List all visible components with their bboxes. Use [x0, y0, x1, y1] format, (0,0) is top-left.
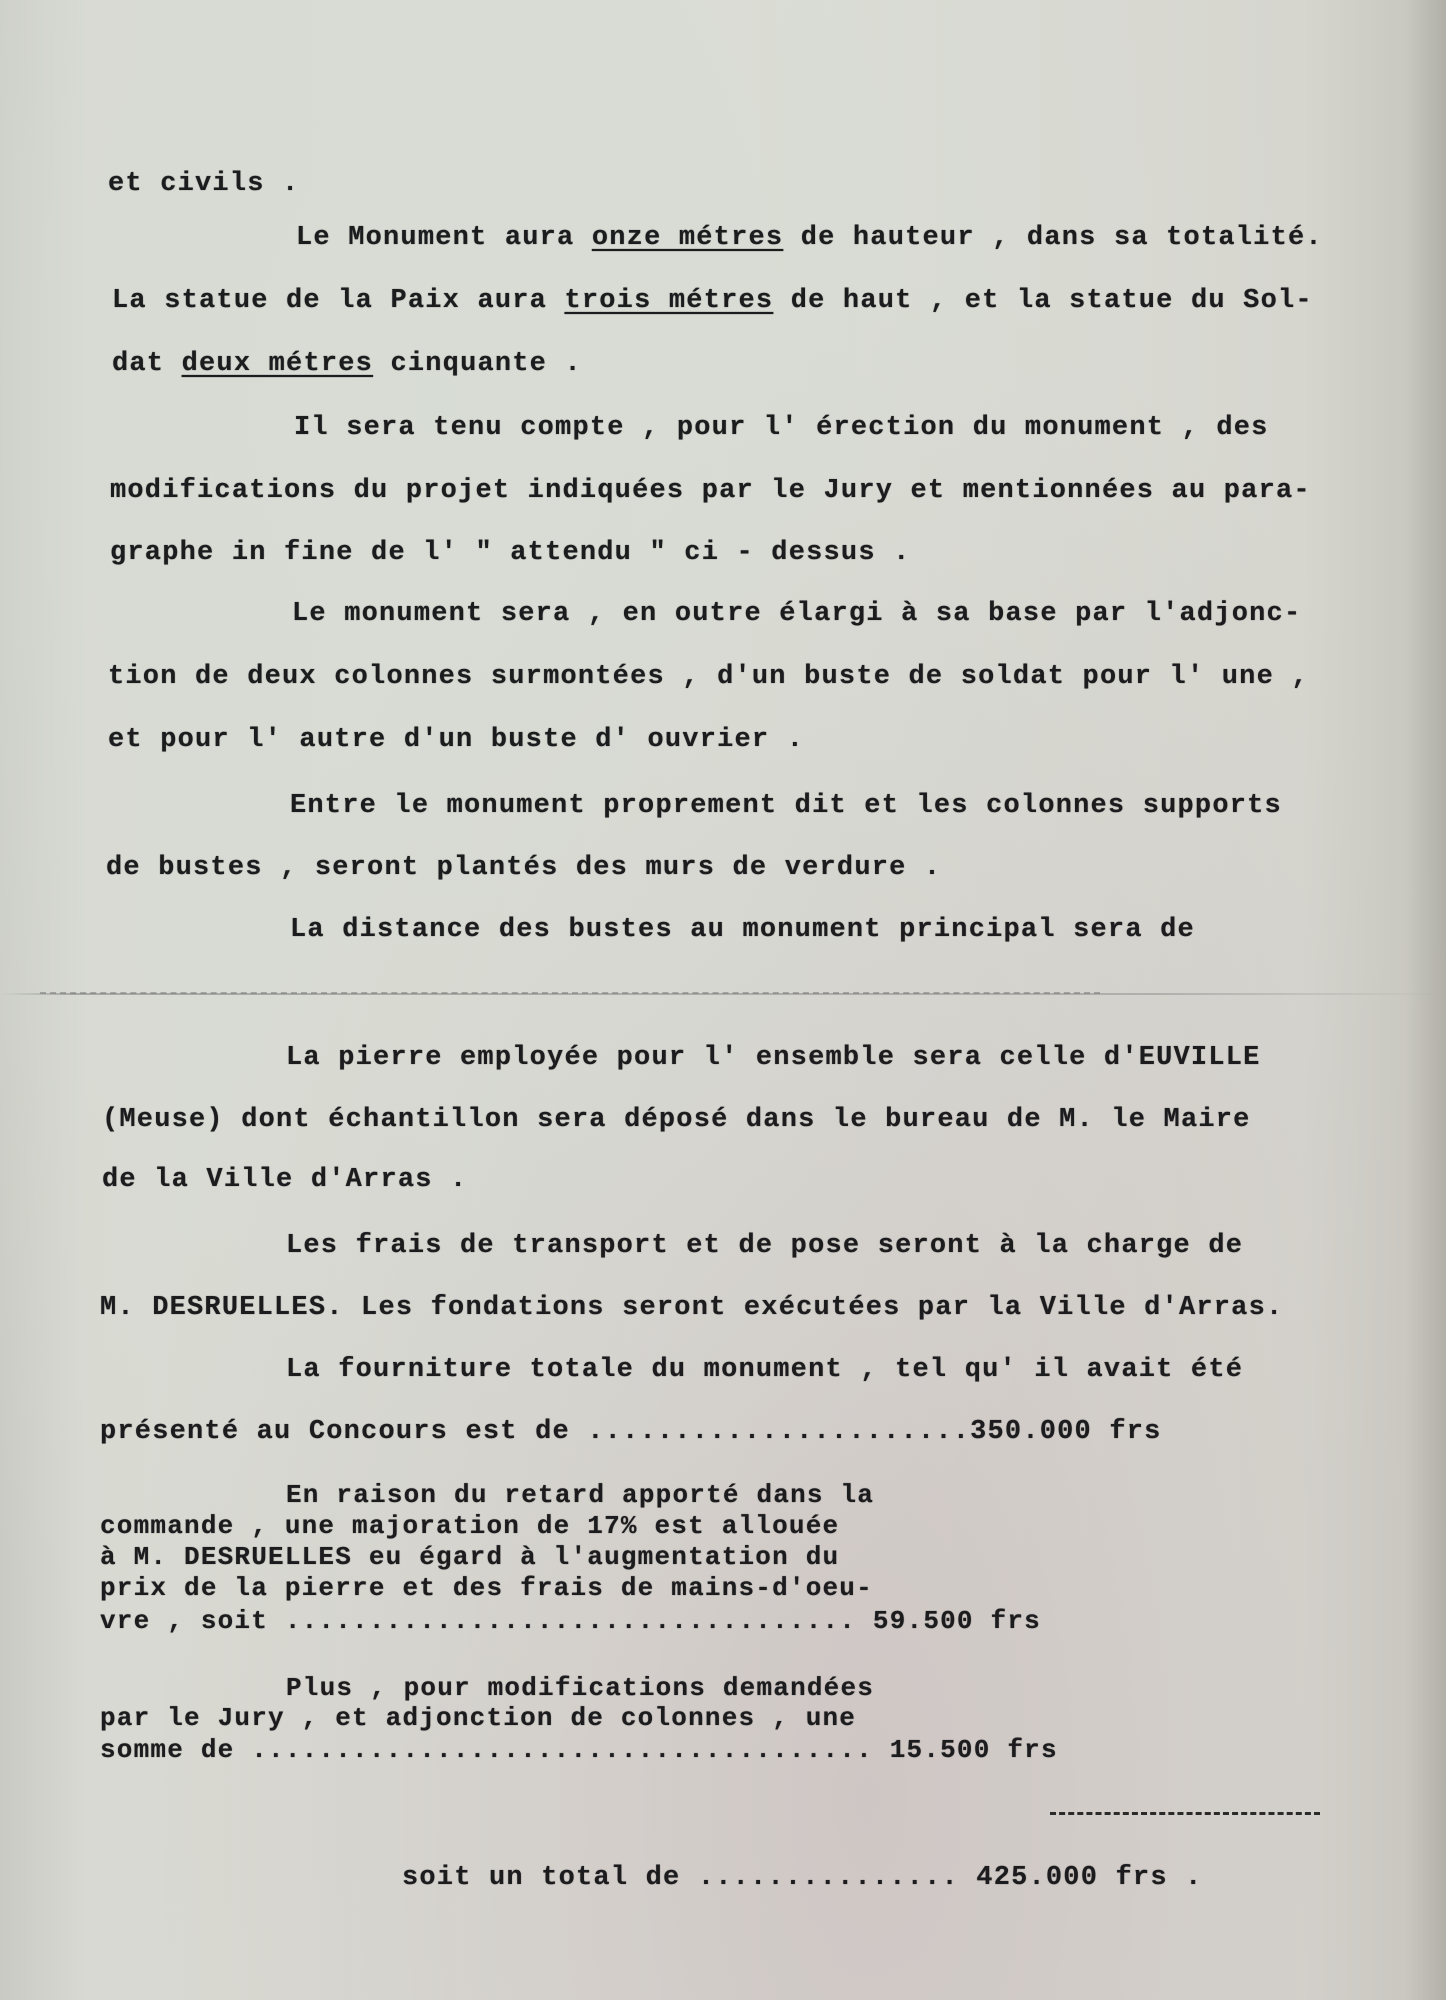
text-line: et pour l' autre d'un buste d' ouvrier .	[108, 724, 804, 756]
text-line: commande , une majoration de 17% est all…	[100, 1511, 839, 1541]
typewritten-page: et civils . Le Monument aura onze métres…	[0, 0, 1446, 2000]
total-amount-line: soit un total de ............... 425.000…	[402, 1862, 1203, 1894]
sum-rule-dashes	[1050, 1812, 1320, 1815]
text-segment: cinquante .	[373, 349, 582, 379]
page-edge-shadow	[1406, 0, 1446, 2000]
text-line: (Meuse) dont échantillon sera déposé dan…	[102, 1104, 1251, 1136]
text-line: La pierre employée pour l' ensemble sera…	[286, 1042, 1261, 1074]
fold-residue	[40, 978, 1100, 994]
text-segment: Le Monument aura	[296, 223, 592, 253]
text-segment: de hauteur , dans sa totalité.	[783, 223, 1322, 253]
amount-line-base: présenté au Concours est de ............…	[100, 1416, 1162, 1448]
text-line: Le Monument aura onze métres de hauteur …	[296, 222, 1323, 254]
text-line: Le monument sera , en outre élargi à sa …	[292, 598, 1301, 630]
text-line: de bustes , seront plantés des murs de v…	[106, 852, 941, 884]
text-line: Plus , pour modifications demandées	[286, 1673, 874, 1703]
text-line: Entre le monument proprement dit et les …	[290, 790, 1282, 822]
text-line: La fourniture totale du monument , tel q…	[286, 1354, 1243, 1386]
underlined-text: trois métres	[564, 286, 773, 316]
underlined-text: onze métres	[592, 223, 783, 253]
text-line: tion de deux colonnes surmontées , d'un …	[108, 661, 1309, 693]
text-line: La statue de la Paix aura trois métres d…	[112, 285, 1313, 317]
text-line: dat deux métres cinquante .	[112, 348, 582, 380]
text-line: et civils .	[108, 168, 299, 200]
text-line: par le Jury , et adjonction de colonnes …	[100, 1703, 856, 1733]
underlined-text: deux métres	[182, 349, 373, 379]
text-line: En raison du retard apporté dans la	[286, 1480, 874, 1510]
text-line: de la Ville d'Arras .	[102, 1164, 467, 1196]
text-segment: de haut , et la statue du Sol-	[773, 286, 1312, 316]
text-line: prix de la pierre et des frais de mains-…	[100, 1573, 873, 1603]
text-line: modifications du projet indiquées par le…	[110, 475, 1311, 507]
text-segment: La statue de la Paix aura	[112, 286, 564, 316]
text-line: M. DESRUELLES. Les fondations seront exé…	[100, 1292, 1283, 1324]
text-segment: dat	[112, 349, 182, 379]
text-line: à M. DESRUELLES eu égard à l'augmentatio…	[100, 1542, 839, 1572]
text-line: Les frais de transport et de pose seront…	[286, 1230, 1243, 1262]
paper-fold-line	[0, 993, 1446, 995]
text-line: Il sera tenu compte , pour l' érection d…	[294, 412, 1269, 444]
amount-line-modifications: somme de ...............................…	[100, 1735, 1058, 1765]
amount-line-surcharge: vre , soit .............................…	[100, 1606, 1041, 1636]
text-line: La distance des bustes au monument princ…	[290, 914, 1195, 946]
text-line: graphe in fine de l' " attendu " ci - de…	[110, 537, 911, 569]
